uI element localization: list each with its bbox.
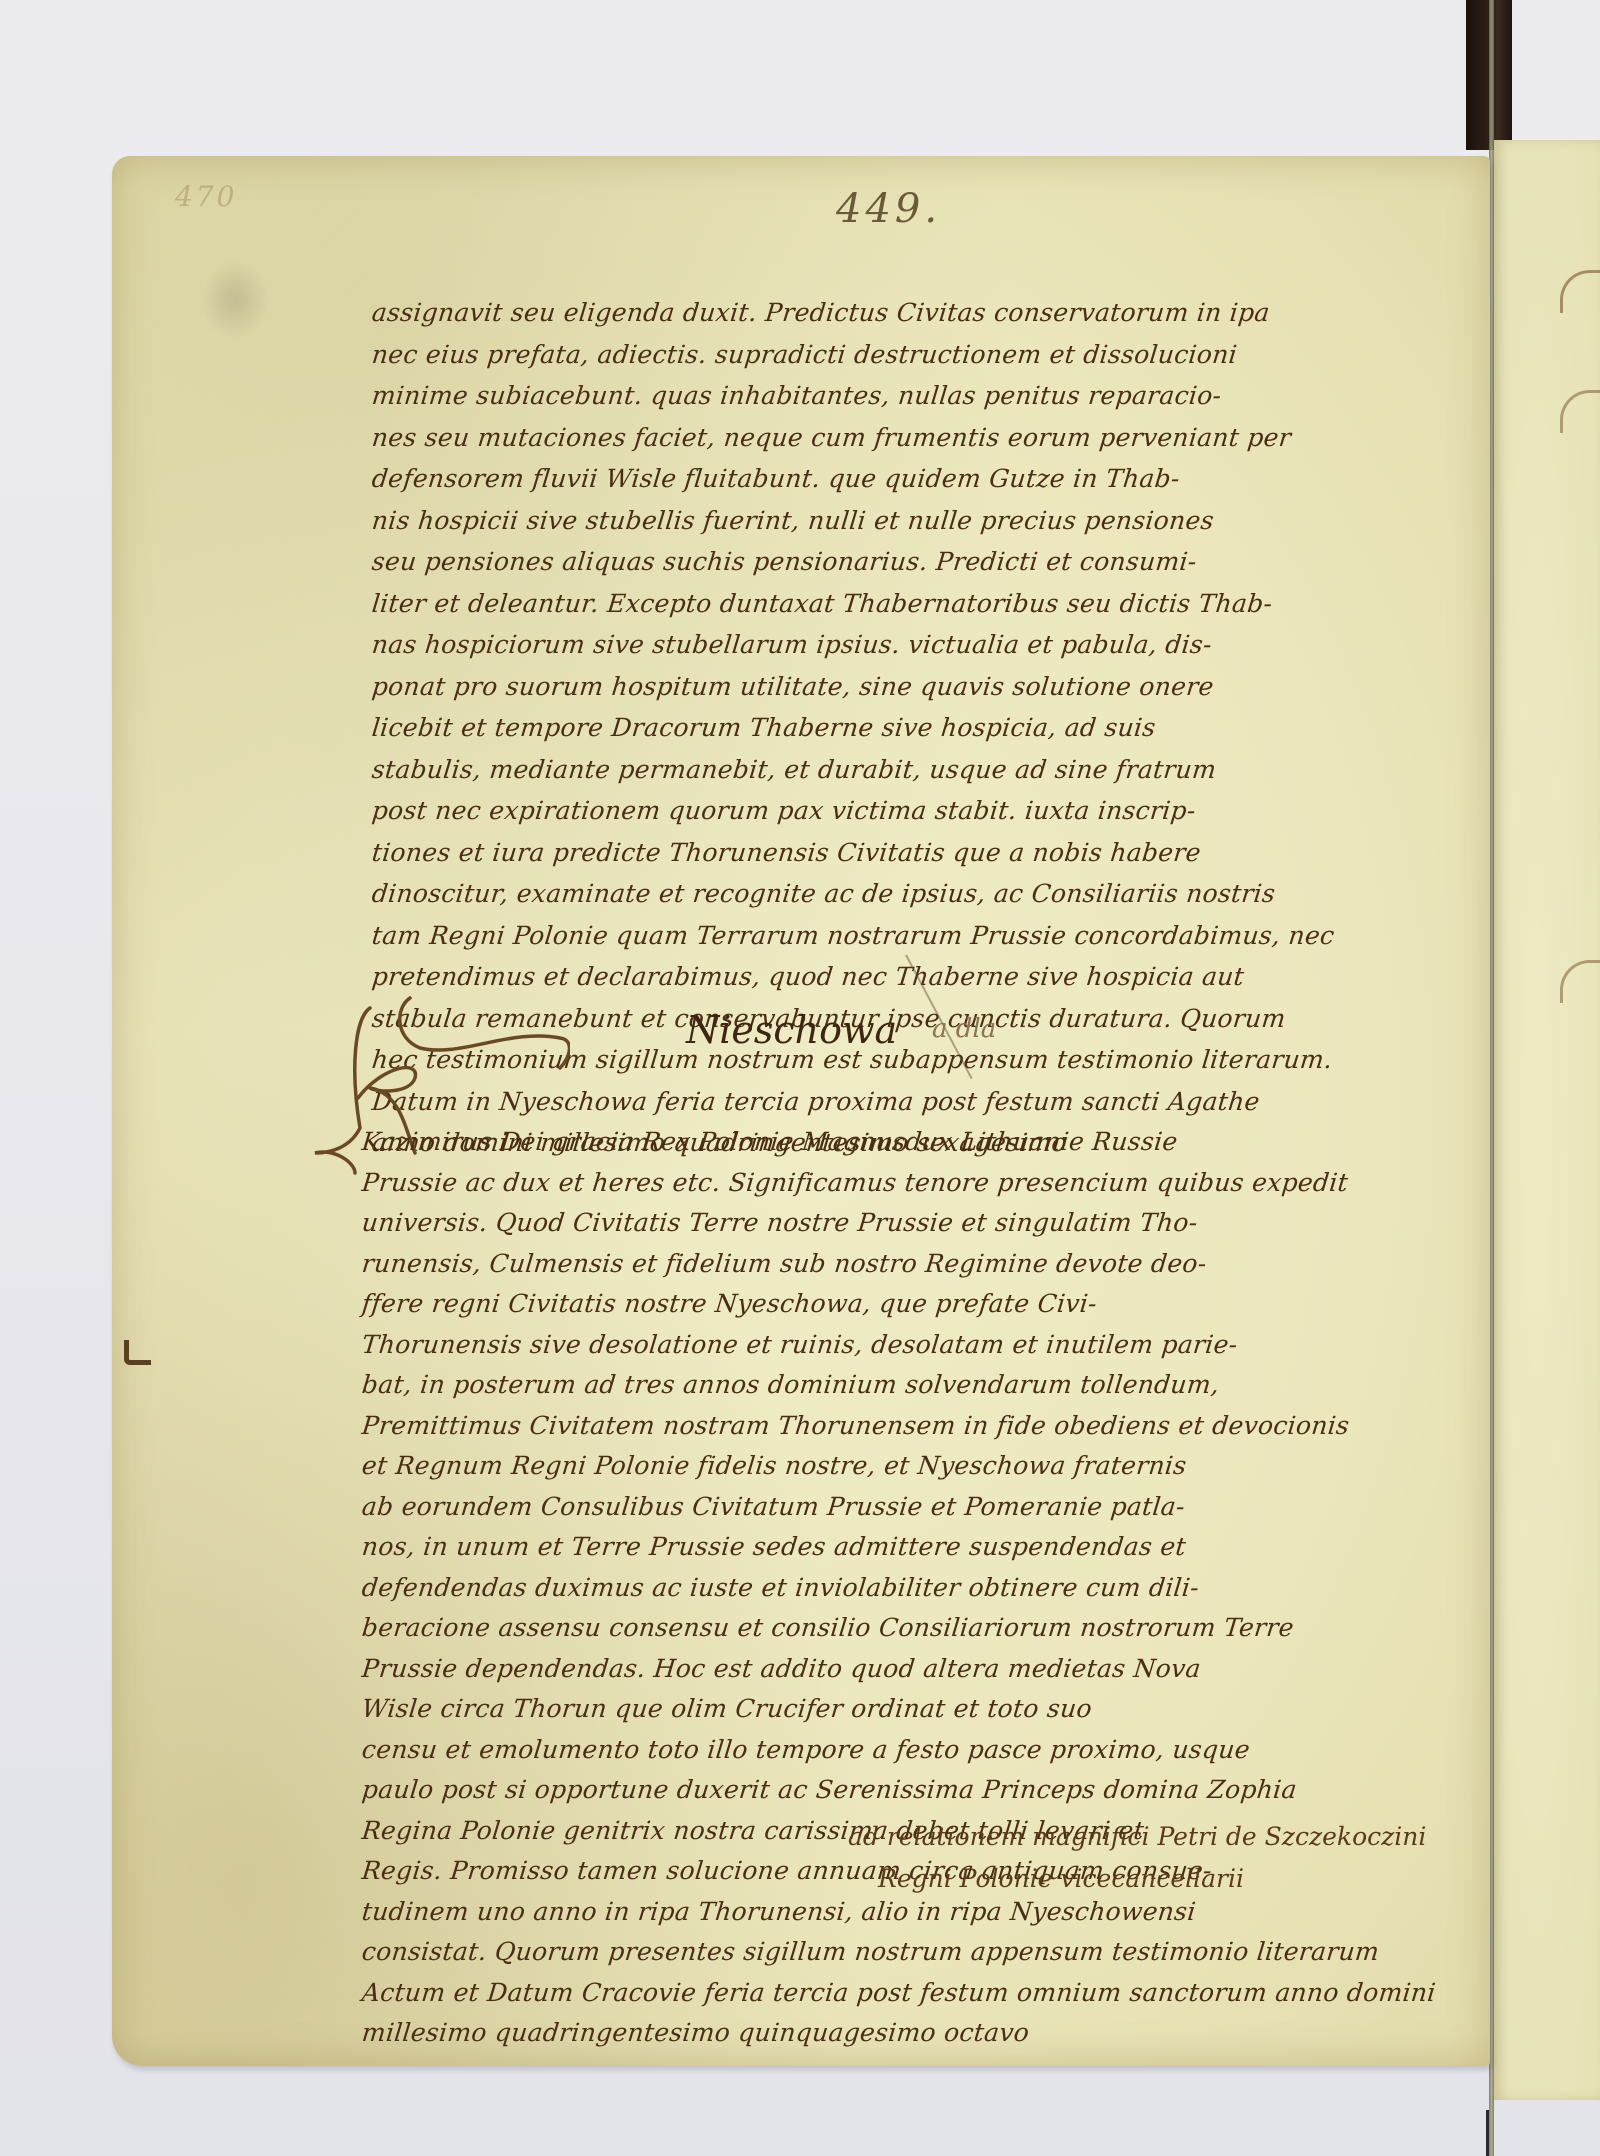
text-line: minime subiacebunt. quas inhabitantes, n… <box>370 375 1337 417</box>
margin-note: a dla <box>932 1014 996 1044</box>
text-line: universis. Quod Civitatis Terre nostre P… <box>360 1203 1438 1244</box>
text-line: seu pensiones aliquas suchis pensionariu… <box>370 541 1337 583</box>
page-number: 449. <box>836 186 941 232</box>
text-line: defendendas duximus ac iuste et inviolab… <box>360 1568 1438 1609</box>
text-line: tam Regni Polonie quam Terrarum nostraru… <box>370 915 1337 957</box>
text-line: nas hospiciorum sive stubellarum ipsius.… <box>370 624 1337 666</box>
text-line: nec eius prefata, adiectis. supradicti d… <box>370 334 1337 376</box>
old-folio-number: 470 <box>175 180 237 213</box>
edge-ink-mark <box>124 1340 151 1365</box>
text-line: ponat pro suorum hospitum utilitate, sin… <box>370 666 1337 708</box>
text-line: ffere regni Civitatis nostre Nyeschowa, … <box>360 1284 1438 1325</box>
manuscript-scan: 470 449. assignavit seu eligenda duxit. … <box>0 0 1600 2156</box>
text-line: defensorem fluvii Wisle fluitabunt. que … <box>370 458 1337 500</box>
binding-bottom-edge <box>1486 2110 1489 2156</box>
text-line: Kazimirus Dei gracia Rex Polonie Magnusd… <box>360 1122 1438 1163</box>
text-line: Wisle circa Thorun que olim Crucifer ord… <box>360 1689 1438 1730</box>
text-line: bat, in posterum ad tres annos dominium … <box>360 1365 1438 1406</box>
text-line: licebit et tempore Dracorum Thaberne siv… <box>370 707 1337 749</box>
text-line: ab eorundem Consulibus Civitatum Prussie… <box>360 1487 1438 1528</box>
text-line: dinoscitur, examinate et recognite ac de… <box>370 873 1337 915</box>
text-line: post nec expirationem quorum pax victima… <box>370 790 1337 832</box>
text-line: nes seu mutaciones faciet, neque cum fru… <box>370 417 1337 459</box>
lower-text-block: Kazimirus Dei gracia Rex Polonie Magnusd… <box>362 1122 1436 2054</box>
text-line: assignavit seu eligenda duxit. Predictus… <box>370 292 1337 334</box>
text-line: tiones et iura predicte Thorunensis Civi… <box>370 832 1337 874</box>
text-line: beracione assensu consensu et consilio C… <box>360 1608 1438 1649</box>
text-line: paulo post si opportune duxerit ac Seren… <box>360 1770 1438 1811</box>
parchment-stain <box>200 260 270 340</box>
text-line: runensis, Culmensis et fidelium sub nost… <box>360 1244 1438 1285</box>
text-line: Prussie ac dux et heres etc. Significamu… <box>360 1163 1438 1204</box>
text-line: nis hospicii sive stubellis fuerint, nul… <box>370 500 1337 542</box>
text-line: Prussie dependendas. Hoc est addito quod… <box>360 1649 1438 1690</box>
text-line: et Regnum Regni Polonie fidelis nostre, … <box>360 1446 1438 1487</box>
text-line: Actum et Datum Cracovie feria tercia pos… <box>360 1973 1438 2014</box>
text-line: stabulis, mediante permanebit, et durabi… <box>370 749 1337 791</box>
text-line: consistat. Quorum presentes sigillum nos… <box>360 1932 1438 1973</box>
text-line: censu et emolumento toto illo tempore a … <box>360 1730 1438 1771</box>
section-heading: Nieschowa <box>686 1008 897 1052</box>
text-line: Thorunensis sive desolatione et ruinis, … <box>360 1325 1438 1366</box>
text-line: millesimo quadringentesimo quinquagesimo… <box>360 2013 1438 2054</box>
chancery-note-line: Regni Polonie vicecancellarii <box>848 1858 1426 1900</box>
adjacent-leaf <box>1494 140 1600 2100</box>
text-line: liter et deleantur. Excepto duntaxat Tha… <box>370 583 1337 625</box>
chancery-note: ad relationem magnifici Petri de Szczeko… <box>848 1816 1426 1900</box>
text-line: nos, in unum et Terre Prussie sedes admi… <box>360 1527 1438 1568</box>
chancery-note-line: ad relationem magnifici Petri de Szczeko… <box>848 1816 1426 1858</box>
text-line: Premittimus Civitatem nostram Thorunense… <box>360 1406 1438 1447</box>
